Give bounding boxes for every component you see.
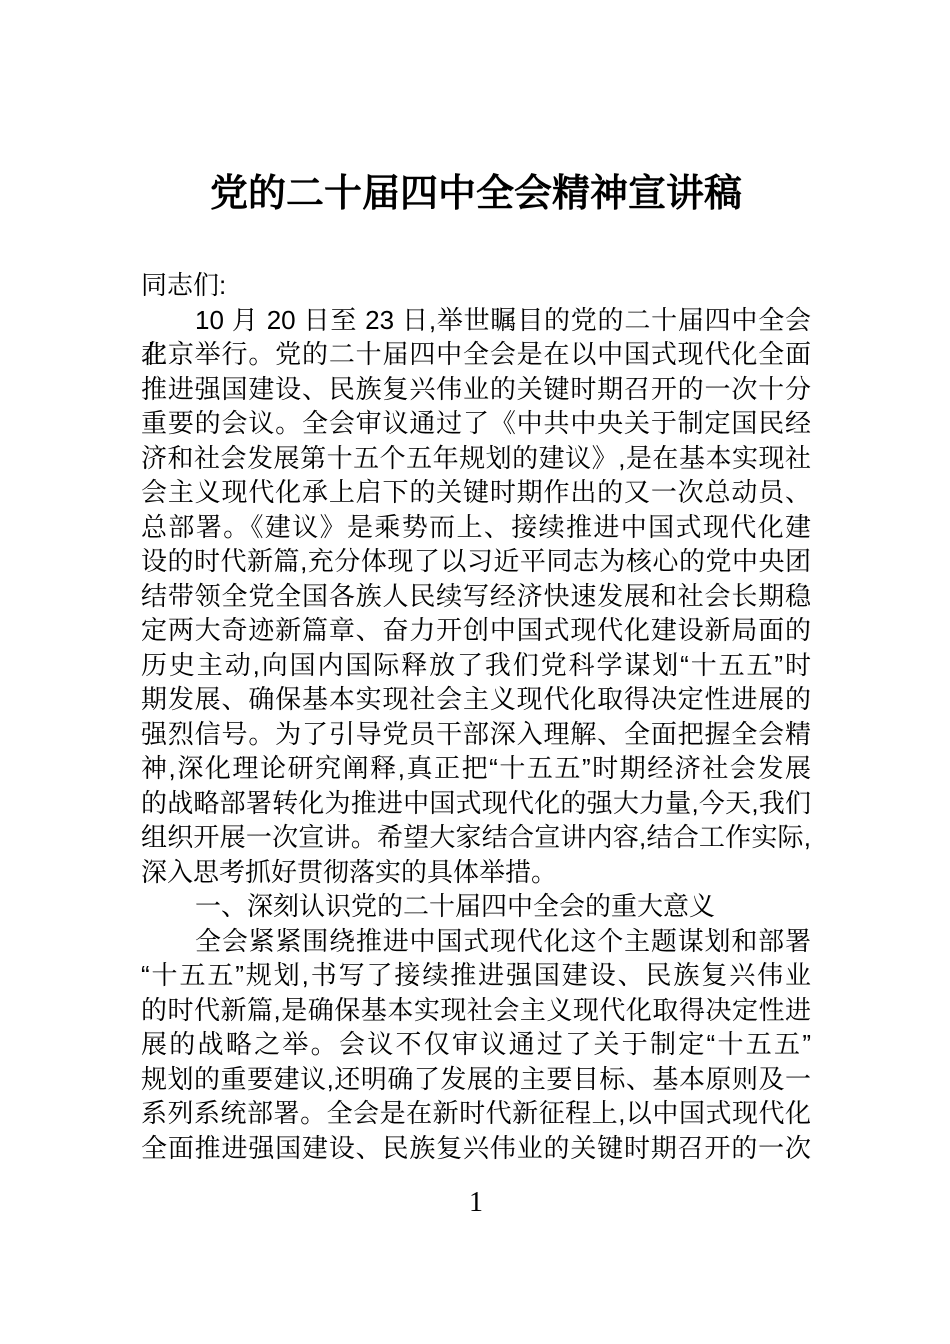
text-line: 设的时代新篇,充分体现了以习近平同志为核心的党中央团 [141,544,811,579]
document-body: 同志们:10 月 20 日至 23 日,举世瞩目的党的二十届四中全会在北京举行。… [141,268,811,1165]
text-line: 规划的重要建议,还明确了发展的主要目标、基本原则及一 [141,1062,811,1097]
text-line: 强烈信号。为了引导党员干部深入理解、全面把握全会精 [141,717,811,752]
text-line: 展的战略之举。会议不仅审议通过了关于制定“十五五” [141,1027,811,1062]
text-line: 历史主动,向国内国际释放了我们党科学谋划“十五五”时 [141,648,811,683]
text-line: 的时代新篇,是确保基本实现社会主义现代化取得决定性进 [141,993,811,1028]
text-line: 一、深刻认识党的二十届四中全会的重大意义 [141,889,811,924]
text-line: 同志们: [141,268,811,303]
text-line: 北京举行。党的二十届四中全会是在以中国式现代化全面 [141,337,811,372]
text-line: 神,深化理论研究阐释,真正把“十五五”时期经济社会发展 [141,751,811,786]
text-line: 系列系统部署。全会是在新时代新征程上,以中国式现代化 [141,1096,811,1131]
document-page: 党的二十届四中全会精神宣讲稿 同志们:10 月 20 日至 23 日,举世瞩目的… [0,0,950,1344]
text-line: 定两大奇迹新篇章、奋力开创中国式现代化建设新局面的 [141,613,811,648]
text-line: “十五五”规划,书写了接续推进强国建设、民族复兴伟业 [141,958,811,993]
text-line: 的战略部署转化为推进中国式现代化的强大力量,今天,我们 [141,786,811,821]
text-line: 推进强国建设、民族复兴伟业的关键时期召开的一次十分 [141,372,811,407]
text-line: 深入思考抓好贯彻落实的具体举措。 [141,855,811,890]
text-line: 组织开展一次宣讲。希望大家结合宣讲内容,结合工作实际, [141,820,811,855]
text-line: 全会紧紧围绕推进中国式现代化这个主题谋划和部署 [141,924,811,959]
text-line: 期发展、确保基本实现社会主义现代化取得决定性进展的 [141,682,811,717]
text-line: 会主义现代化承上启下的关键时期作出的又一次总动员、 [141,475,811,510]
text-line: 重要的会议。全会审议通过了《中共中央关于制定国民经 [141,406,811,441]
page-number: 1 [141,1186,811,1220]
document-title: 党的二十届四中全会精神宣讲稿 [141,171,811,217]
text-line: 结带领全党全国各族人民续写经济快速发展和社会长期稳 [141,579,811,614]
text-line: 济和社会发展第十五个五年规划的建议》,是在基本实现社 [141,441,811,476]
text-line: 10 月 20 日至 23 日,举世瞩目的党的二十届四中全会在 [141,303,811,338]
text-line: 总部署。《建议》是乘势而上、接续推进中国式现代化建 [141,510,811,545]
text-line: 全面推进强国建设、民族复兴伟业的关键时期召开的一次 [141,1131,811,1166]
